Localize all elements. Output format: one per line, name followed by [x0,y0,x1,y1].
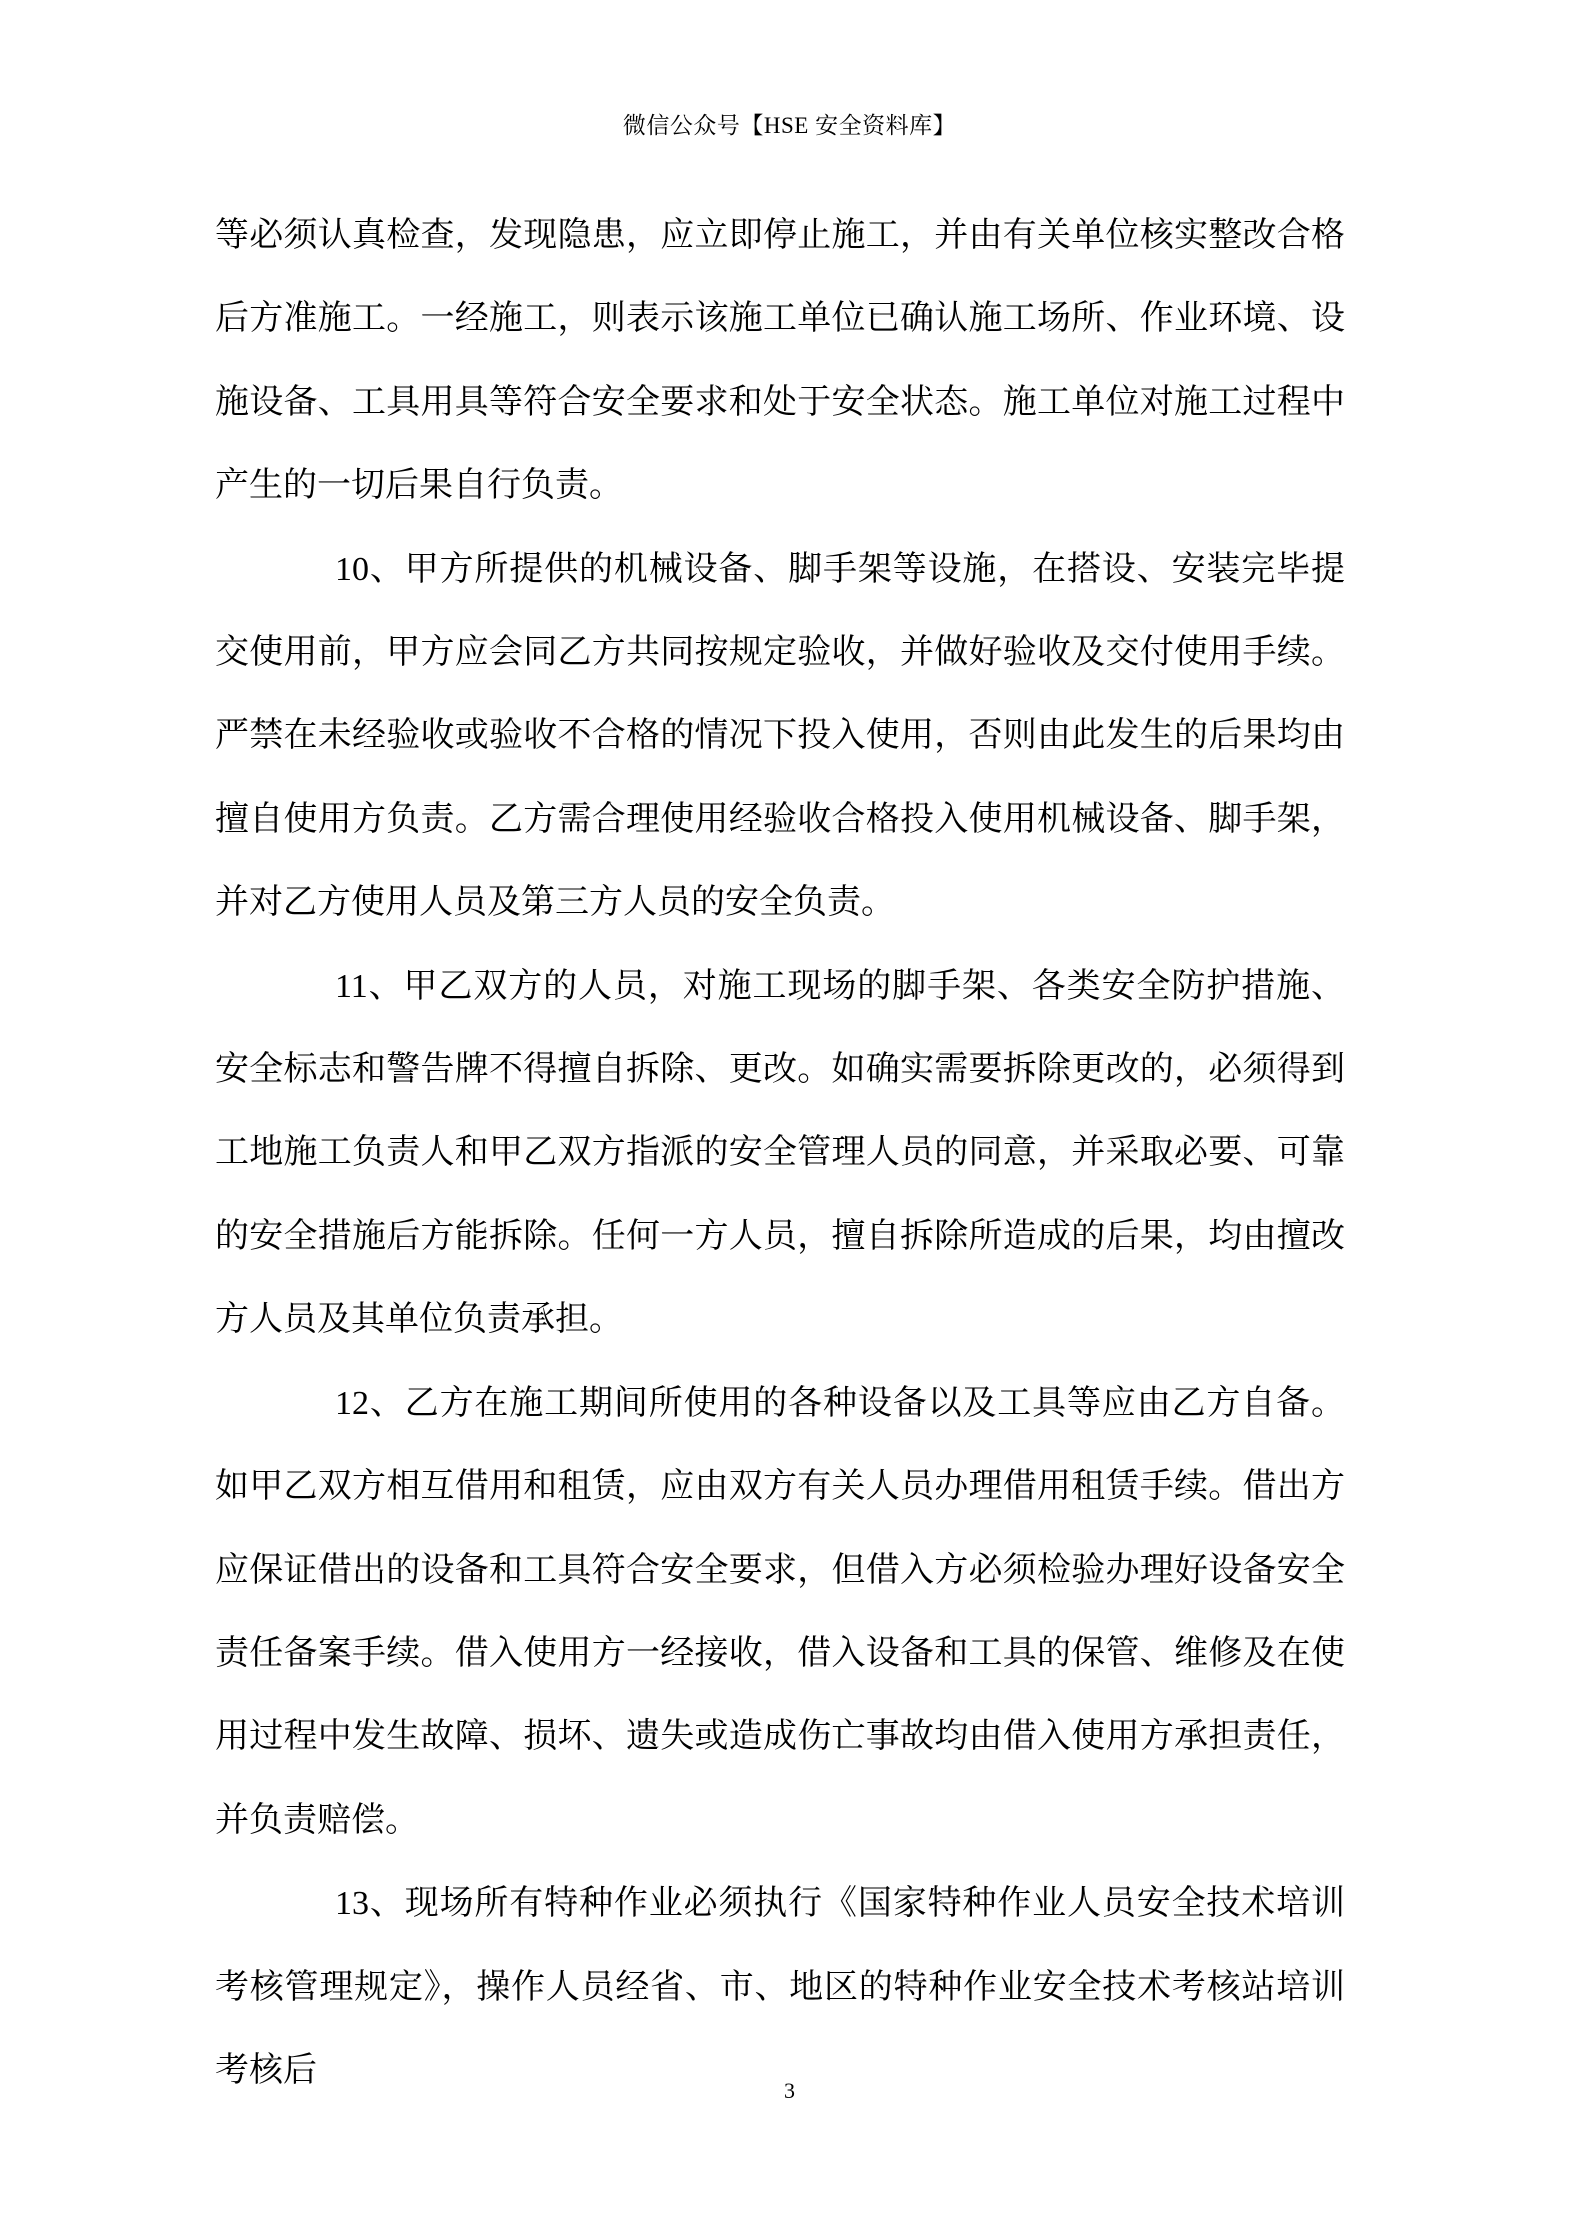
paragraph: 11、甲乙双方的人员，对施工现场的脚手架、各类安全防护措施、安全标志和警告牌不得… [215,945,1345,1362]
paragraph: 等必须认真检查，发现隐患，应立即停止施工，并由有关单位核实整改合格后方准施工。一… [215,194,1345,528]
paragraph: 12、乙方在施工期间所使用的各种设备以及工具等应由乙方自备。如甲乙双方相互借用和… [215,1362,1345,1862]
document-body: 等必须认真检查，发现隐患，应立即停止施工，并由有关单位核实整改合格后方准施工。一… [215,194,1345,2112]
paragraph: 10、甲方所提供的机械设备、脚手架等设施，在搭设、安装完毕提交使用前，甲方应会同… [215,528,1345,945]
document-page: 微信公众号【HSE 安全资料库】 等必须认真检查，发现隐患，应立即停止施工，并由… [0,0,1579,2237]
page-header: 微信公众号【HSE 安全资料库】 [0,112,1579,140]
paragraph: 13、现场所有特种作业必须执行《国家特种作业人员安全技术培训考核管理规定》，操作… [215,1862,1345,2112]
page-number: 3 [0,2078,1579,2104]
